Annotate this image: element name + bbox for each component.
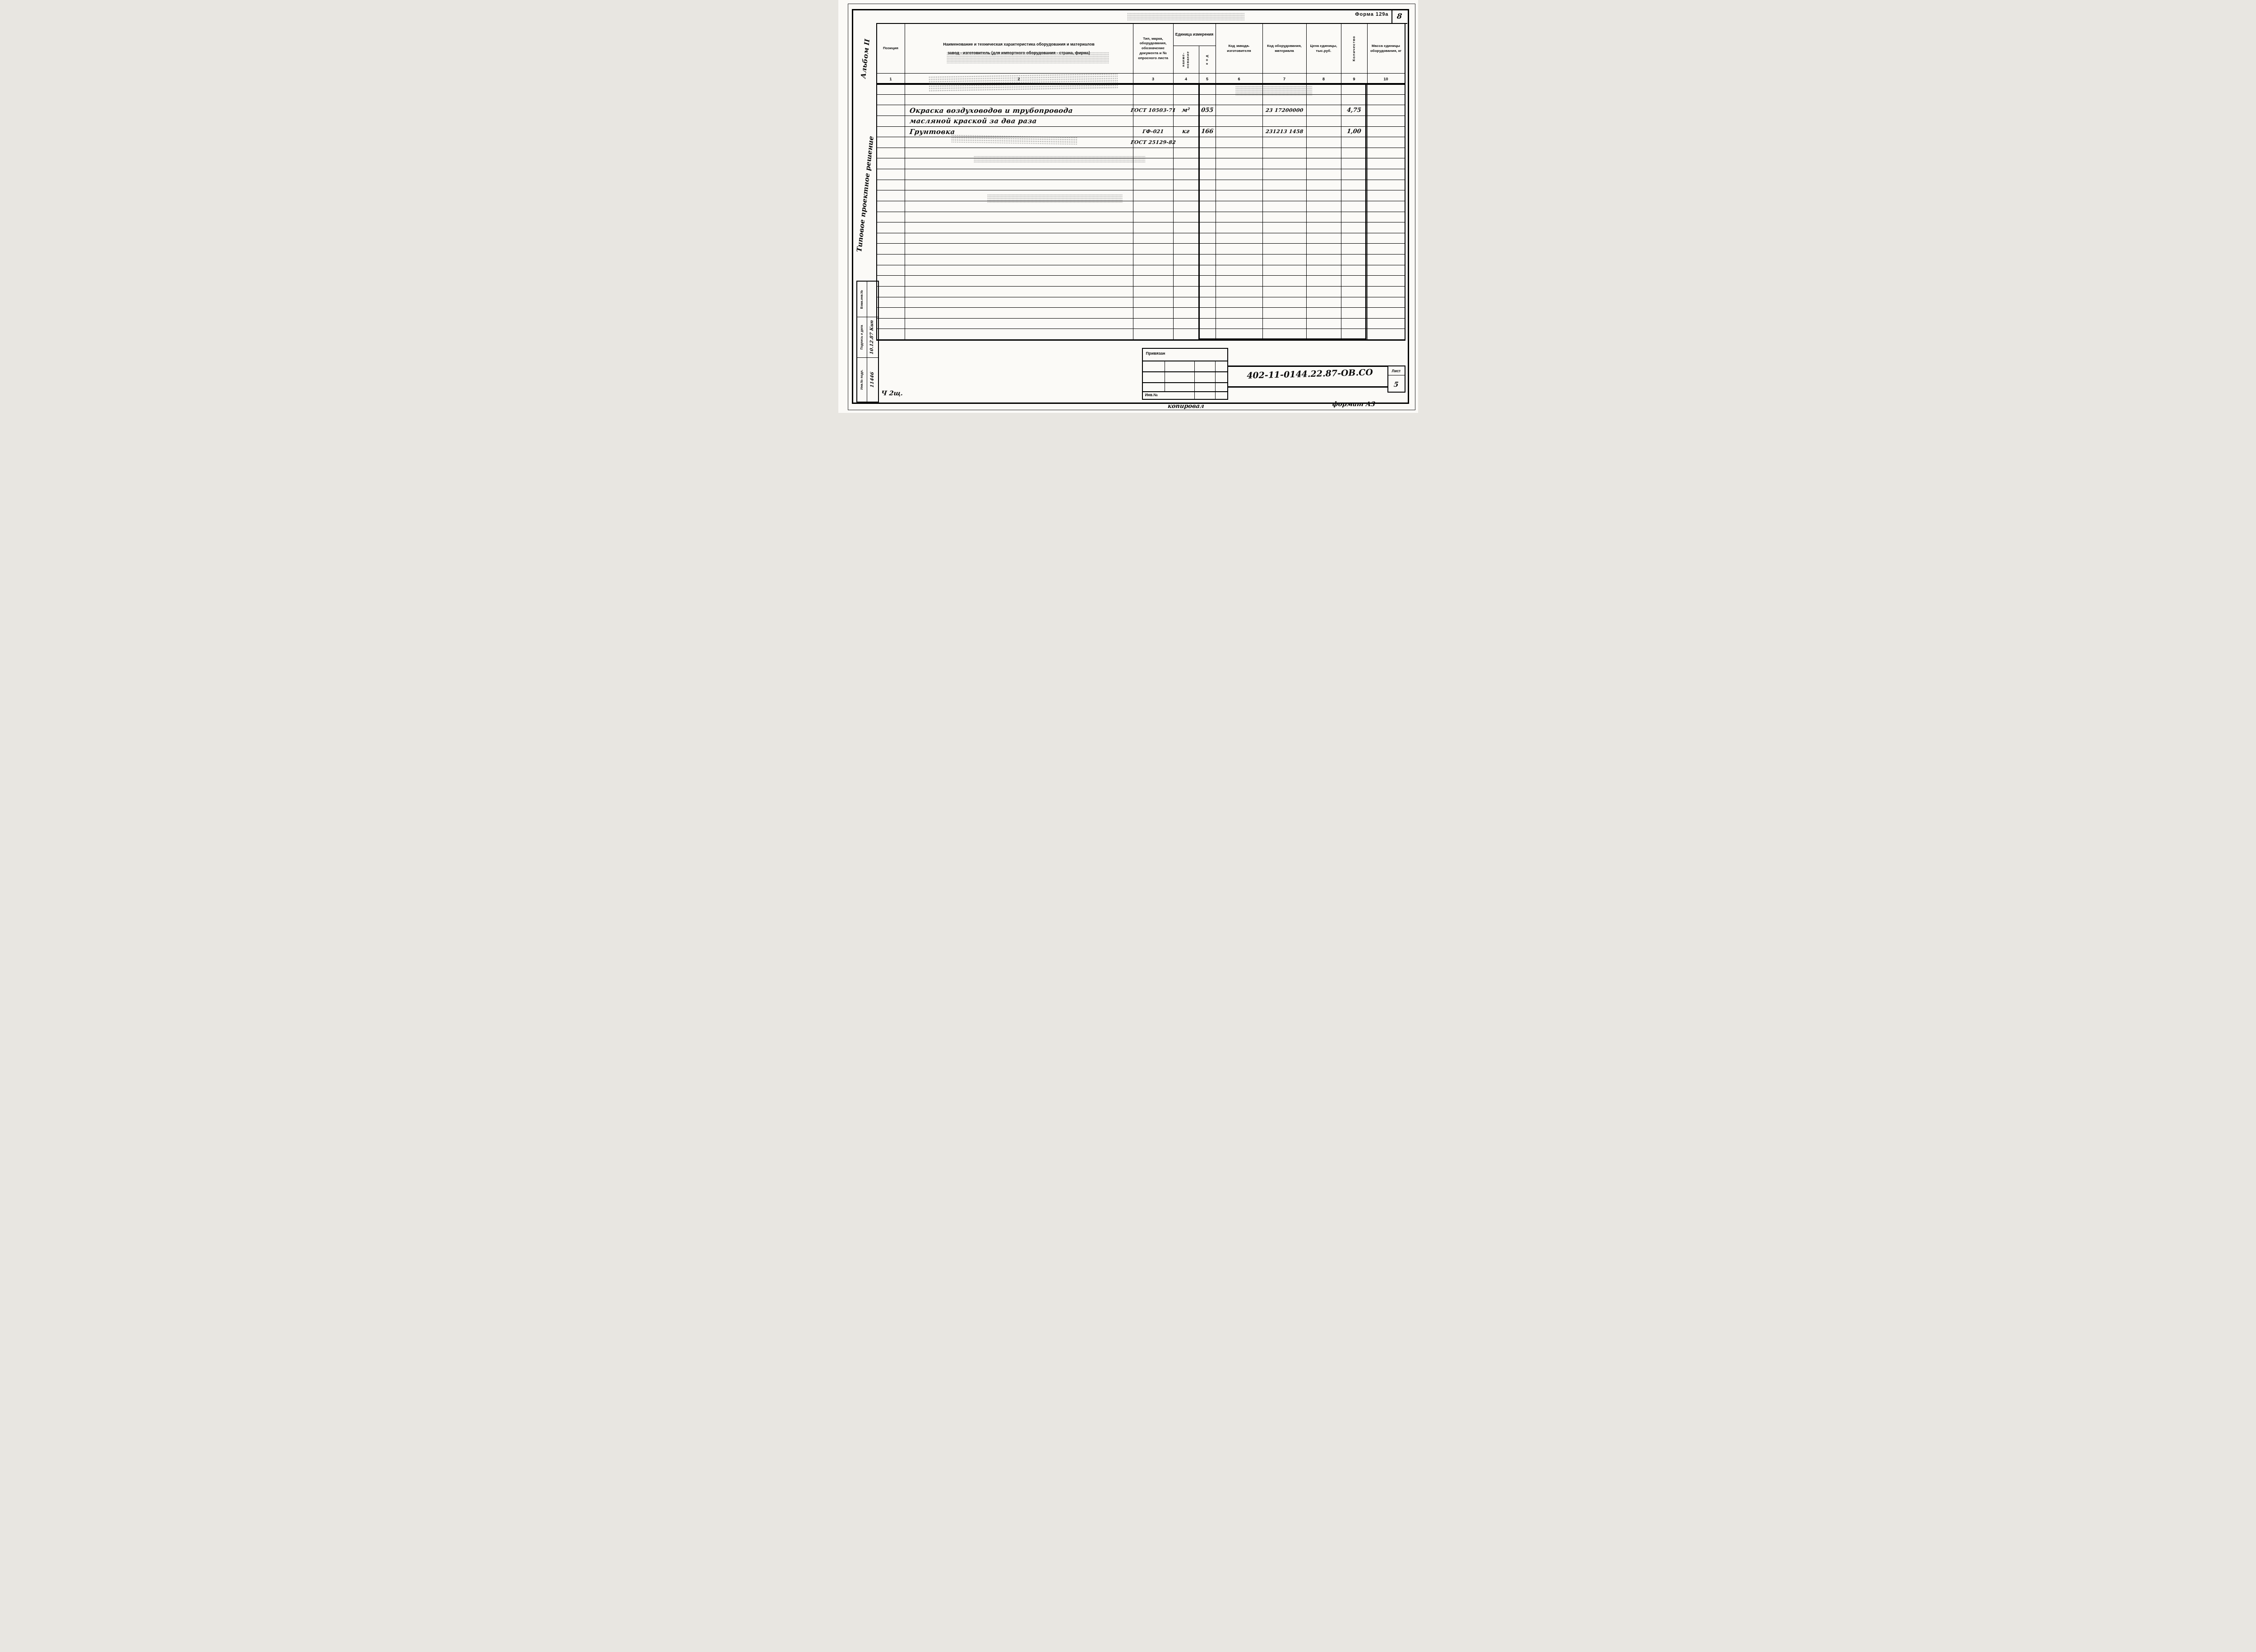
cell-plant_code	[1216, 233, 1263, 244]
cell-equip_code	[1263, 255, 1307, 265]
cell-type	[1133, 244, 1174, 254]
cell-pos	[877, 105, 905, 116]
left-stamp-label-cell: Инв.№ подл.	[857, 357, 867, 402]
header-unit-code: к о д	[1199, 46, 1216, 73]
cell-price	[1307, 287, 1341, 297]
cell-plant_code	[1216, 255, 1263, 265]
cell-equip_code	[1263, 169, 1307, 180]
table-row	[877, 180, 1405, 191]
table-row	[877, 329, 1405, 340]
cell-unit	[1174, 297, 1199, 308]
cell-name	[905, 265, 1133, 276]
cell-name	[905, 287, 1133, 297]
cell-mass	[1368, 308, 1405, 318]
cell-qty	[1341, 158, 1368, 169]
cell-qty	[1341, 116, 1368, 126]
cell-plant_code	[1216, 180, 1263, 190]
table-row	[877, 244, 1405, 255]
cell-qty	[1341, 287, 1368, 297]
cell-price	[1307, 308, 1341, 318]
cell-mass	[1368, 276, 1405, 286]
cell-pos	[877, 190, 905, 201]
cell-unit	[1174, 265, 1199, 276]
cell-plant_code	[1216, 148, 1263, 158]
cell-type	[1133, 180, 1174, 190]
header-mass: Масса единицы оборудования, кг	[1368, 24, 1405, 73]
cell-qty	[1341, 84, 1368, 94]
cell-equip_code: 23 17200000	[1263, 105, 1307, 116]
cell-unit_code	[1199, 158, 1216, 169]
cell-unit_code	[1199, 137, 1216, 148]
cell-mass	[1368, 287, 1405, 297]
cell-price	[1307, 116, 1341, 126]
cell-plant_code	[1216, 222, 1263, 233]
cell-unit_code	[1199, 319, 1216, 329]
cell-name	[905, 158, 1133, 169]
cell-unit	[1174, 137, 1199, 148]
cell-pos	[877, 255, 905, 265]
cell-price	[1307, 190, 1341, 201]
cell-unit	[1174, 244, 1199, 254]
cell-equip_code	[1263, 297, 1307, 308]
cell-qty	[1341, 265, 1368, 276]
cell-unit	[1174, 95, 1199, 105]
cell-qty	[1341, 329, 1368, 339]
cell-plant_code	[1216, 319, 1263, 329]
cell-mass	[1368, 169, 1405, 180]
left-stamp-row: Инв.№ подл. 11446	[857, 357, 878, 402]
header-thick-separator	[877, 83, 1405, 85]
cell-equip_code	[1263, 329, 1307, 339]
sheet-number-box: Лист 5	[1387, 366, 1405, 393]
cell-plant_code	[1216, 276, 1263, 286]
table-row	[877, 276, 1405, 287]
table-row	[877, 222, 1405, 233]
cell-unit	[1174, 148, 1199, 158]
cell-equip_code	[1263, 190, 1307, 201]
table-row	[877, 233, 1405, 244]
cell-pos	[877, 233, 905, 244]
cell-name	[905, 137, 1133, 148]
cell-qty	[1341, 319, 1368, 329]
cell-pos	[877, 84, 905, 94]
cell-unit	[1174, 212, 1199, 222]
cell-unit	[1174, 276, 1199, 286]
cell-equip_code	[1263, 201, 1307, 212]
cell-name	[905, 329, 1133, 339]
cell-pos	[877, 222, 905, 233]
table-row: ГрунтовкаГФ-021кг166231213 14581,00	[877, 127, 1405, 138]
stamp-line	[1194, 361, 1195, 399]
cell-name	[905, 255, 1133, 265]
doc-strip-top-line	[1228, 366, 1387, 367]
binding-stamp: Привязан Инв.№	[1142, 348, 1228, 400]
cell-pos	[877, 319, 905, 329]
cell-type	[1133, 329, 1174, 339]
cell-price	[1307, 180, 1341, 190]
cell-mass	[1368, 244, 1405, 254]
cell-equip_code	[1263, 276, 1307, 286]
cell-unit	[1174, 169, 1199, 180]
table-row	[877, 212, 1405, 223]
cell-pos	[877, 116, 905, 126]
header-quantity: Количество	[1341, 24, 1368, 73]
cell-plant_code	[1216, 127, 1263, 137]
cell-plant_code	[1216, 137, 1263, 148]
page-number: 8	[1396, 12, 1402, 20]
cell-pos	[877, 158, 905, 169]
cell-type	[1133, 233, 1174, 244]
cell-unit_code	[1199, 84, 1216, 94]
cell-price	[1307, 148, 1341, 158]
cell-plant_code	[1216, 116, 1263, 126]
cell-unit_code	[1199, 201, 1216, 212]
header-unit-group: Единица измерения	[1174, 24, 1216, 46]
form-label: Форма 129а	[1326, 12, 1389, 17]
cell-mass	[1368, 201, 1405, 212]
table-row	[877, 255, 1405, 265]
cell-unit	[1174, 287, 1199, 297]
cell-mass	[1368, 148, 1405, 158]
cell-unit_code	[1199, 233, 1216, 244]
cell-qty	[1341, 169, 1368, 180]
cell-price	[1307, 201, 1341, 212]
cell-mass	[1368, 127, 1405, 137]
header-plant-code: Код завода-изготовителя	[1216, 24, 1263, 73]
cell-name	[905, 244, 1133, 254]
cell-equip_code	[1263, 212, 1307, 222]
table-row	[877, 319, 1405, 329]
cell-plant_code	[1216, 212, 1263, 222]
header-position: Позиция	[877, 24, 905, 73]
cell-equip_code: 231213 1458	[1263, 127, 1307, 137]
cell-equip_code	[1263, 308, 1307, 318]
cell-qty	[1341, 212, 1368, 222]
cell-unit	[1174, 180, 1199, 190]
header-name: Наименование и техническая характеристик…	[905, 24, 1133, 73]
table-row	[877, 287, 1405, 297]
cell-plant_code	[1216, 244, 1263, 254]
cell-unit_code	[1199, 244, 1216, 254]
cell-name	[905, 190, 1133, 201]
cell-type	[1133, 276, 1174, 286]
cell-mass	[1368, 265, 1405, 276]
cell-plant_code	[1216, 95, 1263, 105]
table-row	[877, 190, 1405, 201]
table-row	[877, 201, 1405, 212]
cell-pos	[877, 95, 905, 105]
cell-price	[1307, 297, 1341, 308]
cell-type	[1133, 201, 1174, 212]
cell-unit_code: 166	[1199, 127, 1216, 137]
cell-name	[905, 148, 1133, 158]
cell-type	[1133, 265, 1174, 276]
cell-qty	[1341, 222, 1368, 233]
cell-mass	[1368, 319, 1405, 329]
cell-qty	[1341, 297, 1368, 308]
table-row: ГОСТ 25129-82	[877, 137, 1405, 148]
cell-price	[1307, 212, 1341, 222]
cell-unit	[1174, 255, 1199, 265]
cell-mass	[1368, 297, 1405, 308]
cell-mass	[1368, 84, 1405, 94]
left-stamp-row: Подпись и дата 10.12.87 Кип	[857, 317, 878, 358]
cell-equip_code	[1263, 180, 1307, 190]
cell-type	[1133, 95, 1174, 105]
header-price: Цена единицы, тыс.руб.	[1307, 24, 1341, 73]
cell-unit	[1174, 329, 1199, 339]
specification-table: Позиция Наименование и техническая харак…	[876, 23, 1405, 341]
cell-name	[905, 297, 1133, 308]
cell-name	[905, 222, 1133, 233]
sheet-number: 5	[1393, 380, 1399, 389]
cell-qty	[1341, 255, 1368, 265]
cell-mass	[1368, 222, 1405, 233]
cell-price	[1307, 329, 1341, 339]
cell-type	[1133, 297, 1174, 308]
cell-unit_code	[1199, 169, 1216, 180]
cell-equip_code	[1263, 158, 1307, 169]
left-stamp-label-cell: Взам.инв.№	[857, 282, 867, 317]
cell-unit	[1174, 158, 1199, 169]
cell-unit	[1174, 319, 1199, 329]
cell-equip_code	[1263, 222, 1307, 233]
cell-unit	[1174, 190, 1199, 201]
cell-equip_code	[1263, 116, 1307, 126]
cell-unit_code	[1199, 212, 1216, 222]
cell-qty	[1341, 148, 1368, 158]
cell-unit	[1174, 233, 1199, 244]
doc-strip-bottom-line	[1228, 386, 1387, 388]
cell-unit	[1174, 84, 1199, 94]
cell-type	[1133, 255, 1174, 265]
cell-pos	[877, 329, 905, 339]
cell-unit	[1174, 116, 1199, 126]
stamp-line	[1215, 361, 1216, 399]
cell-name: Грунтовка	[905, 127, 1133, 137]
table-row: масляной краской за два раза	[877, 116, 1405, 127]
table-row	[877, 84, 1405, 95]
table-body: Окраска воздуховодов и трубопроводаГОСТ …	[877, 84, 1405, 340]
cell-pos	[877, 297, 905, 308]
format-note: формат А3	[1332, 401, 1376, 408]
cell-price	[1307, 105, 1341, 116]
cell-equip_code	[1263, 95, 1307, 105]
cell-qty: 4,75	[1341, 105, 1368, 116]
cell-name	[905, 308, 1133, 318]
cell-mass	[1368, 233, 1405, 244]
cell-plant_code	[1216, 329, 1263, 339]
cell-price	[1307, 276, 1341, 286]
cell-unit_code	[1199, 287, 1216, 297]
cell-type	[1133, 319, 1174, 329]
cell-name: Окраска воздуховодов и трубопровода	[905, 105, 1133, 116]
cell-unit_code	[1199, 276, 1216, 286]
cell-type: ГОСТ 10503-71	[1133, 105, 1174, 116]
cell-qty	[1341, 95, 1368, 105]
cell-price	[1307, 137, 1341, 148]
cell-mass	[1368, 137, 1405, 148]
stamp-line	[1143, 361, 1227, 361]
cell-name	[905, 95, 1133, 105]
sheet-label: Лист	[1388, 366, 1405, 375]
cell-plant_code	[1216, 265, 1263, 276]
cell-mass	[1368, 212, 1405, 222]
cell-equip_code	[1263, 148, 1307, 158]
cell-equip_code	[1263, 137, 1307, 148]
cell-type: ГОСТ 25129-82	[1133, 137, 1174, 148]
header-type: Тип, марка, оборудования, обозначение до…	[1133, 24, 1174, 73]
cell-unit_code	[1199, 308, 1216, 318]
cell-qty	[1341, 244, 1368, 254]
cell-qty	[1341, 137, 1368, 148]
cell-unit_code	[1199, 95, 1216, 105]
cell-qty	[1341, 180, 1368, 190]
cell-name	[905, 212, 1133, 222]
table-row	[877, 158, 1405, 169]
drawing-sheet: Форма 129а 8 Альбом II Типовое проектное…	[838, 0, 1418, 413]
left-stamp-value-cell: 11446	[867, 357, 878, 402]
binding-stamp-title: Привязан	[1146, 351, 1165, 356]
cell-plant_code	[1216, 169, 1263, 180]
cell-unit_code	[1199, 329, 1216, 339]
cell-unit: кг	[1174, 127, 1199, 137]
cell-type	[1133, 212, 1174, 222]
cell-plant_code	[1216, 308, 1263, 318]
cell-mass	[1368, 180, 1405, 190]
cell-unit_code	[1199, 255, 1216, 265]
cell-price	[1307, 265, 1341, 276]
cell-mass	[1368, 190, 1405, 201]
cell-price	[1307, 233, 1341, 244]
cell-pos	[877, 276, 905, 286]
cell-equip_code	[1263, 287, 1307, 297]
cell-unit_code	[1199, 116, 1216, 126]
cell-mass	[1368, 95, 1405, 105]
page-number-box: 8	[1392, 9, 1407, 24]
table-row	[877, 297, 1405, 308]
stamp-line	[1143, 371, 1227, 372]
header-unit-name: наиме- нование	[1174, 46, 1199, 73]
cell-type	[1133, 287, 1174, 297]
cell-type	[1133, 84, 1174, 94]
cell-qty	[1341, 201, 1368, 212]
stamp-line	[1143, 382, 1227, 383]
cell-pos	[877, 244, 905, 254]
stamp-line	[1165, 361, 1165, 391]
cell-type	[1133, 222, 1174, 233]
cell-mass	[1368, 158, 1405, 169]
cell-unit: м²	[1174, 105, 1199, 116]
cell-name	[905, 180, 1133, 190]
cell-type: ГФ-021	[1133, 127, 1174, 137]
cell-qty	[1341, 276, 1368, 286]
cell-type	[1133, 308, 1174, 318]
cell-equip_code	[1263, 319, 1307, 329]
cell-unit_code	[1199, 180, 1216, 190]
cell-unit	[1174, 222, 1199, 233]
cell-plant_code	[1216, 297, 1263, 308]
cell-name	[905, 276, 1133, 286]
cell-pos	[877, 169, 905, 180]
cell-plant_code	[1216, 105, 1263, 116]
header-equip-code: Код оборудования, материала	[1263, 24, 1307, 73]
cell-type	[1133, 169, 1174, 180]
table-row	[877, 308, 1405, 319]
cell-qty	[1341, 308, 1368, 318]
cell-price	[1307, 95, 1341, 105]
left-stamp-row: Взам.инв.№	[857, 282, 878, 317]
cell-qty	[1341, 233, 1368, 244]
cell-type	[1133, 116, 1174, 126]
cell-qty: 1,00	[1341, 127, 1368, 137]
cell-price	[1307, 169, 1341, 180]
cell-unit_code	[1199, 222, 1216, 233]
cell-name	[905, 84, 1133, 94]
cell-mass	[1368, 116, 1405, 126]
cell-unit_code	[1199, 297, 1216, 308]
cell-unit_code	[1199, 190, 1216, 201]
cell-price	[1307, 158, 1341, 169]
copied-note: копировал	[1167, 403, 1204, 410]
left-stamp-label-cell: Подпись и дата	[857, 317, 867, 357]
cell-plant_code	[1216, 201, 1263, 212]
cell-equip_code	[1263, 233, 1307, 244]
cell-type	[1133, 190, 1174, 201]
cell-type	[1133, 148, 1174, 158]
cell-plant_code	[1216, 84, 1263, 94]
cell-pos	[877, 127, 905, 137]
table-row	[877, 148, 1405, 159]
cell-mass	[1368, 255, 1405, 265]
cell-price	[1307, 244, 1341, 254]
cell-name: масляной краской за два раза	[905, 116, 1133, 126]
margin-note: Ч 2щ.	[881, 390, 903, 397]
cell-pos	[877, 137, 905, 148]
cell-mass	[1368, 329, 1405, 339]
cell-unit_code	[1199, 265, 1216, 276]
cell-plant_code	[1216, 287, 1263, 297]
cell-equip_code	[1263, 244, 1307, 254]
cell-price	[1307, 84, 1341, 94]
cell-price	[1307, 127, 1341, 137]
cell-name	[905, 201, 1133, 212]
cell-unit	[1174, 308, 1199, 318]
cell-plant_code	[1216, 158, 1263, 169]
cell-price	[1307, 255, 1341, 265]
cell-pos	[877, 287, 905, 297]
cell-equip_code	[1263, 265, 1307, 276]
cell-name	[905, 233, 1133, 244]
cell-price	[1307, 222, 1341, 233]
cell-plant_code	[1216, 190, 1263, 201]
cell-pos	[877, 212, 905, 222]
cell-pos	[877, 148, 905, 158]
cell-mass	[1368, 105, 1405, 116]
cell-name	[905, 319, 1133, 329]
cell-unit_code	[1199, 148, 1216, 158]
left-stamp-strip: Взам.инв.№ Подпись и дата 10.12.87 Кип И…	[856, 281, 879, 403]
header-name-line1: Наименование и техническая характеристик…	[943, 42, 1094, 47]
cell-name	[905, 169, 1133, 180]
cell-unit_code: 055	[1199, 105, 1216, 116]
cell-price	[1307, 319, 1341, 329]
table-row	[877, 95, 1405, 106]
cell-pos	[877, 265, 905, 276]
cell-equip_code	[1263, 84, 1307, 94]
header-name-line2: завод - изготовитель (для импортного обо…	[943, 50, 1094, 56]
table-row	[877, 265, 1405, 276]
